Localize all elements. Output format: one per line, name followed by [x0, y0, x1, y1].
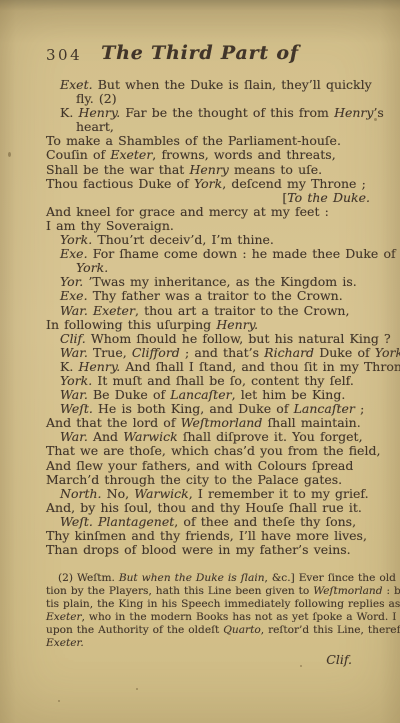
text-line: (2) Weſtm. But when the Duke is ſlain, &… [46, 572, 370, 585]
text-line: War. And Warwick ſhall diſprove it. You … [46, 430, 370, 444]
text-line: And that the lord of Weſtmorland ſhall m… [46, 416, 370, 430]
text-line: Exeter, who in the modern Books has not … [46, 611, 370, 624]
text-line: To make a Shambles of the Parliament-hou… [46, 134, 370, 148]
text-line: Couſin of Exeter, frowns, words and thre… [46, 148, 370, 162]
text-line: Shall be the war that Henry means to uſe… [46, 163, 370, 177]
text-line: And, by his ſoul, thou and thy Houſe ſha… [46, 501, 370, 515]
page-number: 304 [46, 46, 82, 64]
text-line: Weſt. He is both King, and Duke of Lanca… [46, 402, 370, 416]
text-line: York. It muſt and ſhall be ſo, content t… [46, 374, 370, 388]
text-line: That we are thoſe, which chas’d you from… [46, 444, 370, 458]
text-line: Weſt. Plantagenet, of thee and theſe thy… [46, 515, 370, 529]
text-line: Thou factious Duke of York, deſcend my T… [46, 177, 370, 191]
text-line: And ſlew your fathers, and with Colours … [46, 459, 370, 473]
text-line: War. Be Duke of Lancaſter, let him be Ki… [46, 388, 370, 402]
paper-speck [58, 700, 60, 702]
text-line: Thy kinſmen and thy friends, I’ll have m… [46, 529, 370, 543]
book-page: 304 The Third Part of Exet. But when the… [0, 0, 400, 723]
text-line: And kneel for grace and mercy at my feet… [46, 205, 370, 219]
text-line: Exe. Thy father was a traitor to the Cro… [46, 289, 370, 303]
text-line: tis plain, the King in his Speech immedi… [46, 598, 370, 611]
text-line: K. Henry. And ſhall I ſtand, and thou ſi… [46, 360, 370, 374]
text-line: K. Henry. Far be the thought of this fro… [46, 106, 370, 120]
text-line: North. No, Warwick, I remember it to my … [46, 487, 370, 501]
text-line: Clif. Whom ſhould he follow, but his nat… [46, 332, 370, 346]
text-line: Exeter. [46, 637, 370, 650]
page-header: 304 The Third Part of [0, 42, 400, 68]
play-text: Exet. But when the Duke is ſlain, they’l… [46, 78, 370, 557]
catchword: Clif. [0, 652, 400, 667]
text-line: I am thy Soveraign. [46, 219, 370, 233]
text-line: War. True, Clifford ; and that’s Richard… [46, 346, 370, 360]
text-line: fly. (2) [46, 92, 370, 106]
text-line: Yor. ’Twas my inheritance, as the Kingdo… [46, 275, 370, 289]
footnote: (2) Weſtm. But when the Duke is ſlain, &… [46, 572, 370, 649]
paper-speck [8, 152, 11, 157]
text-line: tion by the Players, hath this Line been… [46, 585, 370, 598]
text-line: War. Exeter, thou art a traitor to the C… [46, 304, 370, 318]
text-line: March’d through the city to the Palace g… [46, 473, 370, 487]
text-line: Than drops of blood were in my father’s … [46, 543, 370, 557]
text-line: In following this uſurping Henry. [46, 318, 370, 332]
text-line: York. Thou’rt deceiv’d, I’m thine. [46, 233, 370, 247]
text-line: York. [46, 261, 370, 275]
text-line: [To the Duke. [46, 191, 370, 205]
paper-speck [136, 688, 138, 690]
text-line: upon the Authority of the oldeſt Quarto,… [46, 624, 370, 637]
text-line: Exe. For ſhame come down : he made thee … [46, 247, 370, 261]
text-line: Exet. But when the Duke is ſlain, they’l… [46, 78, 370, 92]
text-line: heart, [46, 120, 370, 134]
